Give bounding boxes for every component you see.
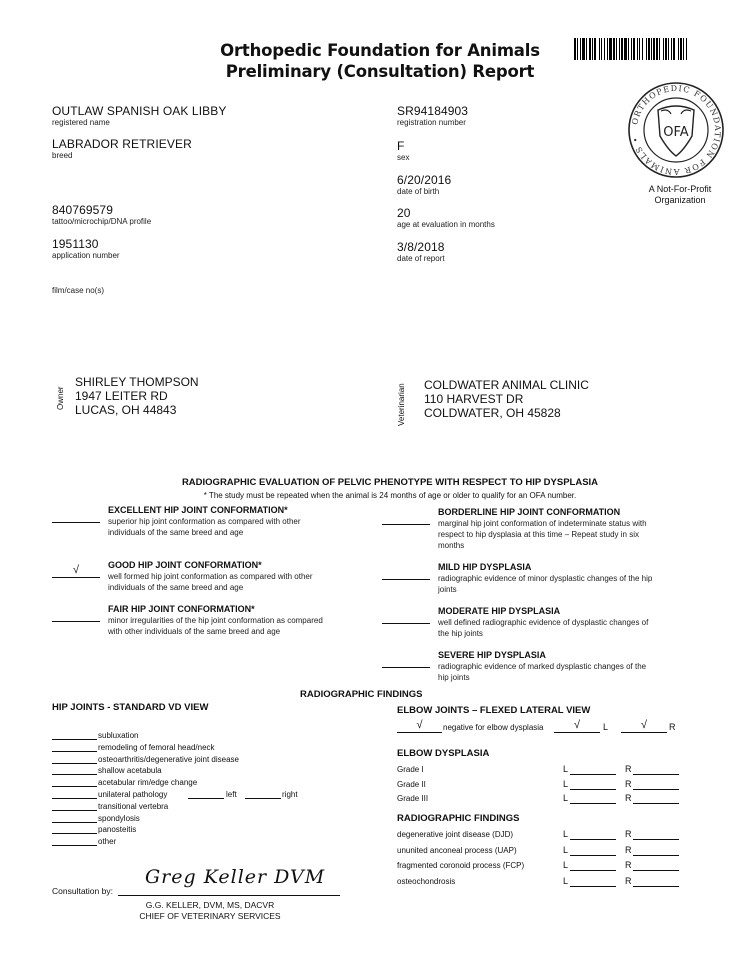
evaluation-description: superior hip joint conformation as compa… bbox=[108, 516, 378, 527]
evaluation-description: the hip joints bbox=[438, 628, 708, 639]
veterinarian-label: Veterinarian bbox=[397, 383, 406, 426]
hip-finding-checkbox[interactable] bbox=[52, 763, 97, 775]
left-checkbox[interactable] bbox=[570, 827, 616, 840]
evaluation-heading: FAIR HIP JOINT CONFORMATION* bbox=[108, 604, 378, 615]
hip-finding-label: osteoarthritis/degenerative joint diseas… bbox=[98, 754, 239, 765]
dob-field: 6/20/2016 date of birth bbox=[397, 174, 451, 197]
evaluation-description: respect to hip dysplasia at this time – … bbox=[438, 529, 708, 540]
evaluation-description: well defined radiographic evidence of dy… bbox=[438, 617, 708, 628]
consultation-label: Consultation by: bbox=[52, 886, 113, 896]
evaluation-checkbox[interactable] bbox=[382, 654, 430, 668]
signature-line bbox=[118, 895, 340, 896]
evaluation-description: well formed hip joint conformation as co… bbox=[108, 571, 378, 582]
registration-field: SR94184903 registration number bbox=[397, 105, 468, 128]
evaluation-checkbox[interactable]: √ bbox=[52, 564, 100, 578]
unilateral-left-label: left bbox=[226, 789, 237, 800]
evaluation-description: radiographic evidence of minor dysplasti… bbox=[438, 573, 708, 584]
hip-finding-label: subluxation bbox=[98, 730, 138, 741]
application-field: 1951130 application number bbox=[52, 238, 120, 261]
left-letter: L bbox=[563, 860, 568, 871]
dob-label: date of birth bbox=[397, 187, 451, 197]
hip-finding-checkbox[interactable] bbox=[52, 834, 97, 846]
hip-finding-label: other bbox=[98, 836, 116, 847]
registered-name-field: OUTLAW SPANISH OAK LIBBY registered name bbox=[52, 105, 226, 128]
title-line-2: Preliminary (Consultation) Report bbox=[190, 61, 570, 82]
owner-block: SHIRLEY THOMPSON 1947 LEITER RD LUCAS, O… bbox=[75, 375, 199, 417]
unilateral-left-checkbox[interactable] bbox=[188, 787, 224, 799]
evaluation-note: * The study must be repeated when the an… bbox=[40, 491, 740, 500]
evaluation-description: individuals of the same breed and age bbox=[108, 527, 378, 538]
lr-row-label: Grade II bbox=[397, 779, 426, 790]
left-letter: L bbox=[563, 793, 568, 804]
left-checkbox[interactable] bbox=[570, 777, 616, 790]
sex-label: sex bbox=[397, 153, 409, 163]
evaluation-description: individuals of the same breed and age bbox=[108, 582, 378, 593]
hip-finding-checkbox[interactable] bbox=[52, 752, 97, 764]
evaluation-heading: SEVERE HIP DYSPLASIA bbox=[438, 650, 708, 661]
evaluation-heading: GOOD HIP JOINT CONFORMATION* bbox=[108, 560, 378, 571]
application-label: application number bbox=[52, 251, 120, 261]
age-label: age at evaluation in months bbox=[397, 220, 495, 230]
age-field: 20 age at evaluation in months bbox=[397, 207, 495, 230]
elbow-negative-row: √ negative for elbow dysplasia √ L √ R bbox=[397, 719, 697, 733]
hip-finding-checkbox[interactable] bbox=[52, 787, 97, 799]
consultant-title: CHIEF OF VETERINARY SERVICES bbox=[100, 911, 320, 922]
film-case-label: film/case no(s) bbox=[52, 286, 104, 296]
application-value: 1951130 bbox=[52, 238, 120, 251]
unilateral-right-checkbox[interactable] bbox=[245, 787, 281, 799]
hip-finding-label: remodeling of femoral head/neck bbox=[98, 742, 215, 753]
elbow-left-label: L bbox=[603, 722, 608, 733]
signature: Greg Keller DVM bbox=[145, 866, 325, 888]
tattoo-value: 840769579 bbox=[52, 204, 151, 217]
right-checkbox[interactable] bbox=[633, 827, 679, 840]
consultant-block: G.G. KELLER, DVM, MS, DACVR CHIEF OF VET… bbox=[100, 900, 320, 922]
lr-row-label: Grade I bbox=[397, 764, 424, 775]
lr-row-label: degenerative joint disease (DJD) bbox=[397, 829, 513, 840]
elbow-negative-checkbox[interactable]: √ bbox=[397, 719, 442, 733]
evaluation-heading: MODERATE HIP DYSPLASIA bbox=[438, 606, 708, 617]
left-letter: L bbox=[563, 764, 568, 775]
hip-finding-checkbox[interactable] bbox=[52, 740, 97, 752]
right-letter: R bbox=[625, 829, 632, 840]
hip-finding-label: panosteitis bbox=[98, 824, 136, 835]
nonprofit-line-1: A Not-For-Profit bbox=[630, 184, 730, 195]
age-value: 20 bbox=[397, 207, 495, 220]
elbow-dysplasia-heading: ELBOW DYSPLASIA bbox=[397, 748, 489, 759]
left-checkbox[interactable] bbox=[570, 762, 616, 775]
consultant-name: G.G. KELLER, DVM, MS, DACVR bbox=[100, 900, 320, 911]
evaluation-description: radiographic evidence of marked dysplast… bbox=[438, 661, 708, 672]
evaluation-heading: MILD HIP DYSPLASIA bbox=[438, 562, 708, 573]
barcode-icon bbox=[574, 38, 736, 60]
right-letter: R bbox=[625, 764, 632, 775]
veterinarian-address-2: COLDWATER, OH 45828 bbox=[424, 406, 589, 420]
evaluation-description: months bbox=[438, 540, 708, 551]
right-checkbox[interactable] bbox=[633, 858, 679, 871]
left-checkbox[interactable] bbox=[570, 843, 616, 856]
elbow-negative-label: negative for elbow dysplasia bbox=[443, 722, 544, 733]
report-title: Orthopedic Foundation for Animals Prelim… bbox=[190, 40, 570, 82]
owner-address-2: LUCAS, OH 44843 bbox=[75, 403, 199, 417]
registered-name-value: OUTLAW SPANISH OAK LIBBY bbox=[52, 105, 226, 118]
right-checkbox[interactable] bbox=[633, 791, 679, 804]
evaluation-description: with other individuals of the same breed… bbox=[108, 626, 378, 637]
elbow-findings-heading: RADIOGRAPHIC FINDINGS bbox=[397, 813, 519, 824]
evaluation-description: minor irregularities of the hip joint co… bbox=[108, 615, 378, 626]
veterinarian-address-1: 110 HARVEST DR bbox=[424, 392, 589, 406]
registration-value: SR94184903 bbox=[397, 105, 468, 118]
left-checkbox[interactable] bbox=[570, 858, 616, 871]
tattoo-label: tattoo/microchip/DNA profile bbox=[52, 217, 151, 227]
hip-finding-label: unilateral pathology bbox=[98, 789, 167, 800]
sex-field: F sex bbox=[397, 140, 409, 163]
hip-finding-checkbox[interactable] bbox=[52, 775, 97, 787]
lr-row-label: osteochondrosis bbox=[397, 876, 455, 887]
right-checkbox[interactable] bbox=[633, 762, 679, 775]
nonprofit-line-2: Organization bbox=[630, 195, 730, 206]
evaluation-heading: BORDERLINE HIP JOINT CONFORMATION bbox=[438, 507, 708, 518]
evaluation-checkbox[interactable] bbox=[382, 511, 430, 525]
hip-finding-checkbox[interactable] bbox=[52, 822, 97, 834]
evaluation-checkbox[interactable] bbox=[382, 566, 430, 580]
ofa-seal-icon: ORTHOPEDIC FOUNDATION FOR ANIMALS • OFA bbox=[626, 80, 726, 180]
registration-label: registration number bbox=[397, 118, 468, 128]
left-checkbox[interactable] bbox=[570, 791, 616, 804]
tattoo-field: 840769579 tattoo/microchip/DNA profile bbox=[52, 204, 151, 227]
hip-finding-checkbox[interactable] bbox=[52, 811, 97, 823]
nonprofit-label: A Not-For-Profit Organization bbox=[630, 184, 730, 206]
owner-name: SHIRLEY THOMPSON bbox=[75, 375, 199, 389]
hip-finding-label: shallow acetabula bbox=[98, 765, 162, 776]
dob-value: 6/20/2016 bbox=[397, 174, 451, 187]
evaluation-heading: EXCELLENT HIP JOINT CONFORMATION* bbox=[108, 505, 378, 516]
evaluation-description: joints bbox=[438, 584, 708, 595]
left-checkbox[interactable] bbox=[570, 874, 616, 887]
right-letter: R bbox=[625, 845, 632, 856]
evaluation-description: hip joints bbox=[438, 672, 708, 683]
left-letter: L bbox=[563, 779, 568, 790]
hip-finding-checkbox[interactable] bbox=[52, 728, 97, 740]
lr-row-label: fragmented coronoid process (FCP) bbox=[397, 860, 524, 871]
evaluation-checkbox[interactable] bbox=[52, 608, 100, 622]
elbow-right-checkbox[interactable]: √ bbox=[621, 719, 667, 733]
right-checkbox[interactable] bbox=[633, 843, 679, 856]
right-letter: R bbox=[625, 779, 632, 790]
report-date-field: 3/8/2018 date of report bbox=[397, 241, 445, 264]
breed-field: LABRADOR RETRIEVER breed bbox=[52, 138, 192, 161]
svg-text:OFA: OFA bbox=[663, 125, 689, 140]
elbow-left-checkbox[interactable]: √ bbox=[554, 719, 600, 733]
hip-finding-label: spondylosis bbox=[98, 813, 140, 824]
breed-label: breed bbox=[52, 151, 192, 161]
right-checkbox[interactable] bbox=[633, 777, 679, 790]
owner-label: Owner bbox=[56, 386, 65, 410]
hip-finding-label: transitional vertebra bbox=[98, 801, 168, 812]
registered-name-label: registered name bbox=[52, 118, 226, 128]
breed-value: LABRADOR RETRIEVER bbox=[52, 138, 192, 151]
unilateral-right-label: right bbox=[282, 789, 298, 800]
right-letter: R bbox=[625, 876, 632, 887]
evaluation-description: marginal hip joint conformation of indet… bbox=[438, 518, 708, 529]
owner-address-1: 1947 LEITER RD bbox=[75, 389, 199, 403]
sex-value: F bbox=[397, 140, 409, 153]
evaluation-checkbox[interactable] bbox=[382, 610, 430, 624]
veterinarian-block: COLDWATER ANIMAL CLINIC 110 HARVEST DR C… bbox=[424, 378, 589, 420]
report-date-value: 3/8/2018 bbox=[397, 241, 445, 254]
elbow-heading: ELBOW JOINTS – FLEXED LATERAL VIEW bbox=[397, 705, 590, 716]
lr-row-label: ununited anconeal process (UAP) bbox=[397, 845, 517, 856]
right-letter: R bbox=[625, 793, 632, 804]
veterinarian-name: COLDWATER ANIMAL CLINIC bbox=[424, 378, 589, 392]
hip-heading: HIP JOINTS - STANDARD VD VIEW bbox=[52, 702, 208, 713]
right-letter: R bbox=[625, 860, 632, 871]
film-case-field: film/case no(s) bbox=[52, 286, 104, 296]
hip-finding-label: acetabular rim/edge change bbox=[98, 777, 197, 788]
evaluation-title: RADIOGRAPHIC EVALUATION OF PELVIC PHENOT… bbox=[40, 477, 740, 488]
right-checkbox[interactable] bbox=[633, 874, 679, 887]
elbow-right-label: R bbox=[669, 722, 676, 733]
left-letter: L bbox=[563, 845, 568, 856]
findings-title: RADIOGRAPHIC FINDINGS bbox=[300, 689, 422, 700]
left-letter: L bbox=[563, 829, 568, 840]
lr-row-label: Grade III bbox=[397, 793, 428, 804]
left-letter: L bbox=[563, 876, 568, 887]
report-date-label: date of report bbox=[397, 254, 445, 264]
title-line-1: Orthopedic Foundation for Animals bbox=[190, 40, 570, 61]
evaluation-checkbox[interactable] bbox=[52, 509, 100, 523]
hip-finding-checkbox[interactable] bbox=[52, 799, 97, 811]
